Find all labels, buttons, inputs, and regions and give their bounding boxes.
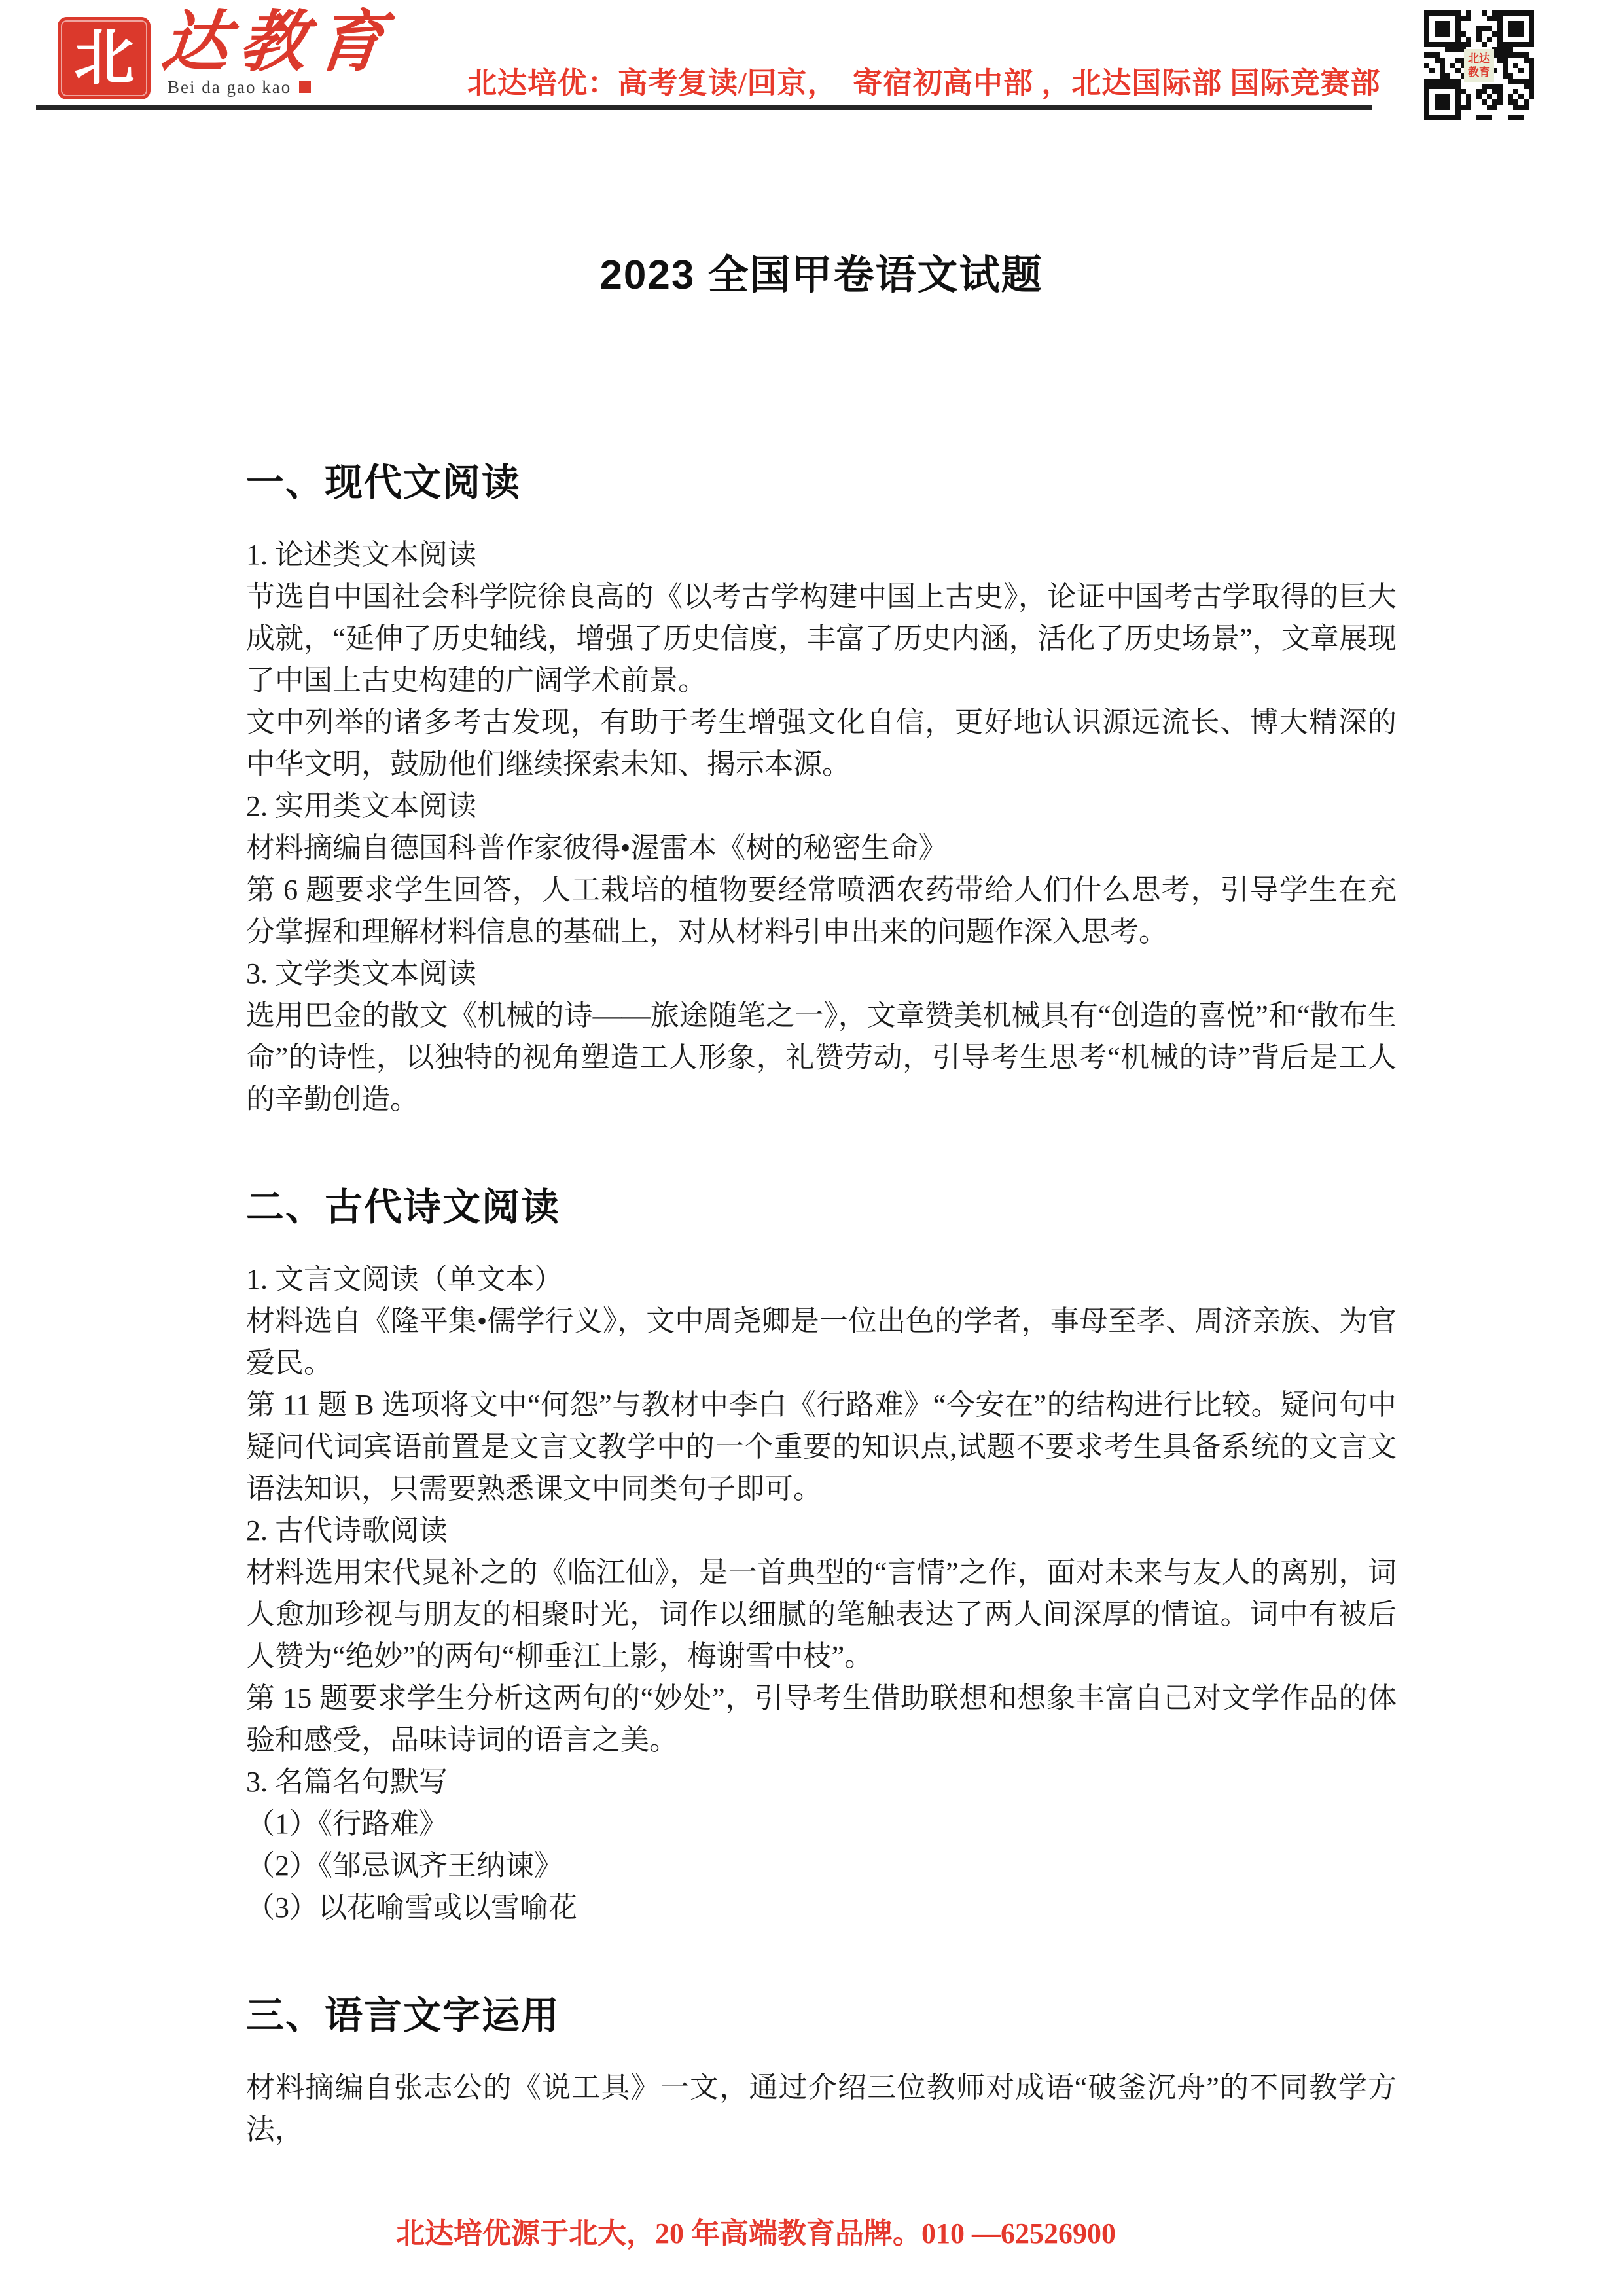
numbered-item: 2. 古代诗歌阅读 [246, 1510, 1397, 1552]
section-heading: 一、现代文阅读 [246, 458, 1397, 508]
brand-calligraphy: 达教育 [158, 8, 397, 78]
doc-section: 二、古代诗文阅读1. 文言文阅读（单文本）材料选自《隆平集•儒学行义》，文中周尧… [246, 1183, 1397, 1929]
red-square-icon [299, 81, 311, 93]
doc-section: 三、语言文字运用材料摘编自张志公的《说工具》一文，通过介绍三位教师对成语“破釜沉… [246, 1991, 1397, 2151]
paragraph: 材料摘编自德国科普作家彼得•渥雷本《树的秘密生命》 [246, 827, 1397, 869]
paragraph: 材料选用宋代晁补之的《临江仙》，是一首典型的“言情”之作，面对未来与友人的离别，… [246, 1552, 1397, 1677]
paragraph: 文中列举的诸多考古发现，有助于考生增强文化自信，更好地认识源远流长、博大精深的中… [246, 702, 1397, 785]
paragraph: 第 6 题要求学生回答，人工栽培的植物要经常喷洒农药带给人们什么思考，引导学生在… [246, 869, 1397, 953]
numbered-item: 1. 论述类文本阅读 [246, 534, 1397, 576]
section-heading: 三、语言文字运用 [246, 1991, 1397, 2041]
doc-section: 一、现代文阅读1. 论述类文本阅读节选自中国社会科学院徐良高的《以考古学构建中国… [246, 458, 1397, 1121]
document-title: 2023 全国甲卷语文试题 [246, 250, 1397, 301]
section-heading: 二、古代诗文阅读 [246, 1183, 1397, 1232]
document-body: 2023 全国甲卷语文试题 一、现代文阅读1. 论述类文本阅读节选自中国社会科学… [246, 250, 1397, 2151]
paragraph: 节选自中国社会科学院徐良高的《以考古学构建中国上古史》，论证中国考古学取得的巨大… [246, 576, 1397, 702]
sub-list-item: （3）以花喻雪或以雪喻花 [246, 1887, 1397, 1929]
paragraph: 材料摘编自张志公的《说工具》一文，通过介绍三位教师对成语“破釜沉舟”的不同教学方… [246, 2067, 1397, 2151]
paragraph: 材料选自《隆平集•儒学行义》，文中周尧卿是一位出色的学者，事母至孝、周济亲族、为… [246, 1300, 1397, 1384]
numbered-item: 2. 实用类文本阅读 [246, 785, 1397, 827]
paragraph: 第 15 题要求学生分析这两句的“妙处”，引导考生借助联想和想象丰富自己对文学作… [246, 1677, 1397, 1761]
header-tagline: 北达培优：高考复读/回京， 寄宿初高中部 ，北达国际部 国际竞赛部 [467, 59, 1381, 101]
brand-subtext: Bei da gao kao [168, 77, 311, 98]
paragraph: 第 11 题 B 选项将文中“何怨”与教材中李白《行路难》“今安在”的结构进行比… [246, 1384, 1397, 1510]
document-page: 北 达教育 Bei da gao kao 北达培优：高考复读/回京， 寄宿初高中… [0, 0, 1623, 2296]
qr-center-label-box: 北达教育 [1464, 49, 1494, 82]
sub-list-item: （1）《行路难》 [246, 1803, 1397, 1845]
qr-center-label: 北达教育 [1467, 52, 1491, 79]
numbered-item: 1. 文言文阅读（单文本） [246, 1259, 1397, 1300]
footer-slogan: 北达培优源于北大，20 年高端教育品牌。010 —62526900 [396, 2210, 1116, 2251]
page-footer: 北达培优源于北大，20 年高端教育品牌。010 —62526900 [0, 2210, 1623, 2251]
brand-subtext-label: Bei da gao kao [168, 77, 291, 97]
paragraph: 选用巴金的散文《机械的诗——旅途随笔之一》，文章赞美机械具有“创造的喜悦”和“散… [246, 995, 1397, 1121]
numbered-item: 3. 名篇名句默写 [246, 1761, 1397, 1803]
numbered-item: 3. 文学类文本阅读 [246, 953, 1397, 995]
qr-code-icon: 北达教育 [1424, 10, 1534, 120]
sub-list-item: （2）《邹忌讽齐王纳谏》 [246, 1845, 1397, 1887]
header-divider [36, 105, 1372, 110]
logo-seal-character: 北 [74, 28, 134, 88]
logo-seal-icon: 北 [58, 17, 151, 99]
